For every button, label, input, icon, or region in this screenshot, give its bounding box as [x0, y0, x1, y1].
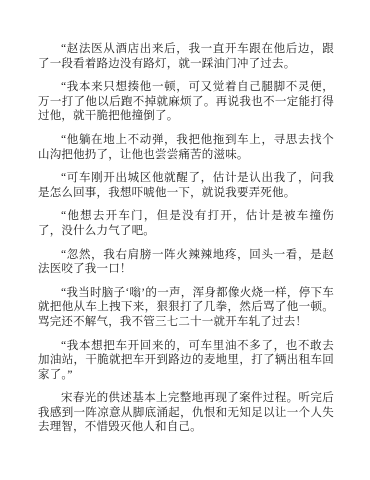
- ebook-page: “赵法医从酒店出来后，我一直开车跟在他后边，跟了一段看着路边没有路灯，就一踩油门…: [0, 0, 370, 480]
- paragraph: “可车刚开出城区他就醒了，估计是认出我了，问我是怎么回事，我想吓唬他一下，就说我…: [38, 171, 334, 200]
- paragraph: “忽然，我右肩膀一阵火辣辣地疼，回头一看，是赵法医咬了我一口！: [38, 248, 334, 277]
- paragraph: “他想去开车门，但是没有打开，估计是被车撞伤了，没什么力气了吧。: [38, 209, 334, 238]
- page-content: “赵法医从酒店出来后，我一直开车跟在他后边，跟了一段看着路边没有路灯，就一踩油门…: [38, 42, 334, 444]
- paragraph: 宋春光的供述基本上完整地再现了案件过程。听完后我感到一阵凉意从脚底涌起，仇恨和无…: [38, 391, 334, 435]
- paragraph: “我当时脑子‘嗡’的一声，浑身都像火烧一样，停下车就把他从车上拽下来，狠狠打了几…: [38, 286, 334, 330]
- paragraph: “他躺在地上不动弹，我把他拖到车上，寻思去找个山沟把他扔了，让他也尝尝痛苦的滋味…: [38, 133, 334, 162]
- paragraph: “我本想把车开回来的，可车里油不多了，也不敢去加油站，干脆就把车开到路边的麦地里…: [38, 339, 334, 383]
- paragraph: “我本来只想揍他一顿，可又觉着自己腿脚不灵便，万一打了他以后跑不掉就麻烦了。再说…: [38, 80, 334, 124]
- paragraph: “赵法医从酒店出来后，我一直开车跟在他后边，跟了一段看着路边没有路灯，就一踩油门…: [38, 42, 334, 71]
